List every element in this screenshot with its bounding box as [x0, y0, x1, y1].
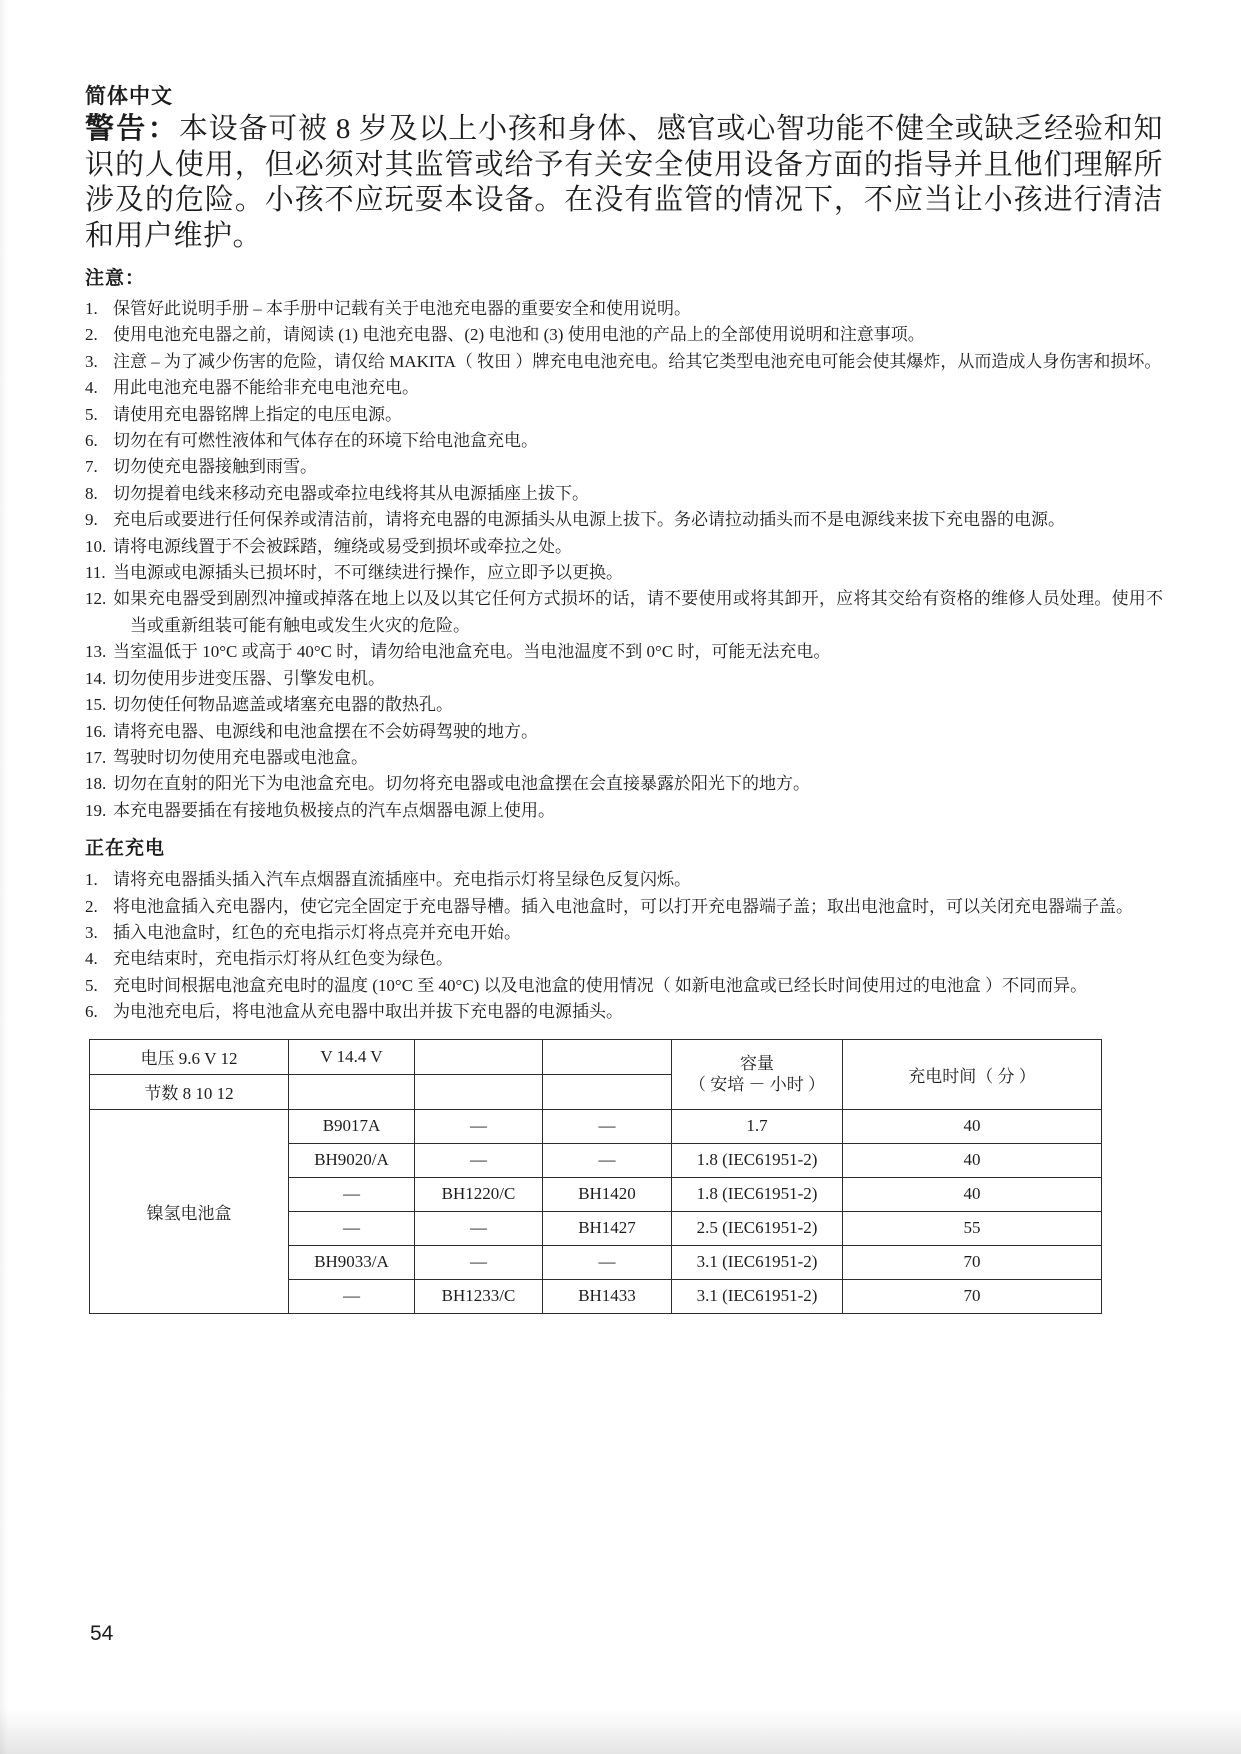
note-item: 19.本充电器要插在有接地负极接点的汽车点烟器电源上使用。	[85, 798, 1163, 824]
capacity-cell: 1.7	[672, 1109, 843, 1143]
capacity-header-line2: （ 安培 － 小时 ）	[672, 1074, 842, 1095]
list-item-text: 切勿使充电器接触到雨雪。	[113, 457, 317, 476]
list-item-text: 驾驶时切勿使用充电器或电池盒。	[113, 748, 368, 767]
note-item: 18.切勿在直射的阳光下为电池盒充电。切勿将充电器或电池盒摆在会直接暴露於阳光下…	[85, 771, 1163, 797]
page-edge-shading-left	[0, 0, 8, 1754]
list-item-number: 4.	[85, 946, 113, 972]
list-item-text: 充电时间根据电池盒充电时的温度 (10°C 至 40°C) 以及电池盒的使用情况…	[113, 976, 1087, 995]
capacity-header-line1: 容量	[672, 1053, 842, 1074]
charge-time-header-cell: 充电时间（ 分 ）	[843, 1039, 1102, 1109]
note-item: 9.充电后或要进行任何保养或清洁前，请将充电器的电源插头从电源上拔下。务必请拉动…	[85, 507, 1163, 533]
warning-paragraph: 警告：本设备可被 8 岁及以上小孩和身体、感官或心智功能不健全或缺乏经验和知识的…	[85, 112, 1163, 254]
list-item-number: 5.	[85, 402, 113, 428]
list-item-text: 切勿使用步进变压器、引擎发电机。	[113, 669, 385, 688]
list-item-number: 13.	[85, 639, 113, 665]
model-cell: BH1233/C	[415, 1279, 543, 1313]
note-item: 2.使用电池充电器之前，请阅读 (1) 电池充电器、(2) 电池和 (3) 使用…	[85, 322, 1163, 348]
list-item-text: 切勿使任何物品遮盖或堵塞充电器的散热孔。	[113, 695, 453, 714]
note-item: 15.切勿使任何物品遮盖或堵塞充电器的散热孔。	[85, 692, 1163, 718]
language-header: 简体中文	[85, 84, 1163, 110]
list-item-text: 插入电池盒时，红色的充电指示灯将点亮并充电开始。	[113, 923, 521, 942]
list-item-text: 注意 – 为了减少伤害的危险，请仅给 MAKITA（ 牧田 ）牌充电电池充电。给…	[113, 352, 1161, 371]
list-item-text: 充电结束时，充电指示灯将从红色变为绿色。	[113, 949, 453, 968]
charge-time-cell: 40	[843, 1109, 1102, 1143]
list-item-text: 将电池盒插入充电器内，使它完全固定于充电器导槽。插入电池盒时，可以打开充电器端子…	[113, 897, 1133, 916]
empty-header-cell	[543, 1074, 672, 1109]
model-cell: —	[415, 1143, 543, 1177]
voltage-header-cell: 电压 9.6 V 12	[90, 1039, 289, 1074]
note-item: 6.切勿在有可燃性液体和气体存在的环境下给电池盒充电。	[85, 428, 1163, 454]
charging-list: 1.请将充电器插头插入汽车点烟器直流插座中。充电指示灯将呈绿色反复闪烁。2.将电…	[85, 867, 1163, 1025]
model-cell: —	[415, 1245, 543, 1279]
list-item-number: 6.	[85, 999, 113, 1025]
list-item-number: 10.	[85, 534, 113, 560]
model-cell: —	[289, 1279, 415, 1313]
note-item: 14.切勿使用步进变压器、引擎发电机。	[85, 666, 1163, 692]
list-item-number: 16.	[85, 719, 113, 745]
list-item-number: 5.	[85, 973, 113, 999]
list-item-text: 切勿在有可燃性液体和气体存在的环境下给电池盒充电。	[113, 431, 538, 450]
list-item-text: 充电后或要进行任何保养或清洁前，请将充电器的电源插头从电源上拔下。务必请拉动插头…	[113, 510, 1065, 529]
charge-time-cell: 55	[843, 1211, 1102, 1245]
list-item-number: 9.	[85, 507, 113, 533]
model-cell: B9017A	[289, 1109, 415, 1143]
note-item: 16.请将充电器、电源线和电池盒摆在不会妨碍驾驶的地方。	[85, 719, 1163, 745]
list-item-text: 切勿提着电线来移动充电器或牵拉电线将其从电源插座上拔下。	[113, 484, 589, 503]
page-edge-shading-bottom	[0, 1708, 1241, 1754]
list-item-text: 请将充电器插头插入汽车点烟器直流插座中。充电指示灯将呈绿色反复闪烁。	[113, 870, 691, 889]
charging-item: 5.充电时间根据电池盒充电时的温度 (10°C 至 40°C) 以及电池盒的使用…	[85, 973, 1163, 999]
charging-item: 4.充电结束时，充电指示灯将从红色变为绿色。	[85, 946, 1163, 972]
capacity-cell: 3.1 (IEC61951-2)	[672, 1279, 843, 1313]
note-item: 17.驾驶时切勿使用充电器或电池盒。	[85, 745, 1163, 771]
charging-item: 6.为电池充电后，将电池盒从充电器中取出并拔下充电器的电源插头。	[85, 999, 1163, 1025]
list-item-number: 6.	[85, 428, 113, 454]
page-number: 54	[90, 1622, 113, 1646]
list-item-text: 切勿在直射的阳光下为电池盒充电。切勿将充电器或电池盒摆在会直接暴露於阳光下的地方…	[113, 774, 810, 793]
empty-header-cell	[415, 1039, 543, 1074]
model-cell: —	[543, 1143, 672, 1177]
list-item-text: 用此电池充电器不能给非充电电池充电。	[113, 378, 419, 397]
charge-time-cell: 40	[843, 1143, 1102, 1177]
list-item-text: 请使用充电器铭牌上指定的电压电源。	[113, 405, 402, 424]
capacity-cell: 2.5 (IEC61951-2)	[672, 1211, 843, 1245]
manual-page: 简体中文 警告：本设备可被 8 岁及以上小孩和身体、感官或心智功能不健全或缺乏经…	[0, 0, 1241, 1754]
list-item-number: 18.	[85, 771, 113, 797]
model-cell: —	[289, 1211, 415, 1245]
cells-header-cell: 节数 8 10 12	[90, 1074, 289, 1109]
list-item-number: 2.	[85, 322, 113, 348]
capacity-cell: 1.8 (IEC61951-2)	[672, 1177, 843, 1211]
empty-header-cell	[289, 1074, 415, 1109]
note-item: 12.如果充电器受到剧烈冲撞或掉落在地上以及以其它任何方式损坏的话，请不要使用或…	[85, 586, 1163, 639]
voltage-overflow-cell: V 14.4 V	[289, 1039, 415, 1074]
model-cell: —	[415, 1109, 543, 1143]
list-item-number: 2.	[85, 894, 113, 920]
list-item-text: 如果充电器受到剧烈冲撞或掉落在地上以及以其它任何方式损坏的话，请不要使用或将其卸…	[113, 589, 1163, 634]
list-item-number: 7.	[85, 454, 113, 480]
list-item-number: 4.	[85, 375, 113, 401]
list-item-text: 请将电源线置于不会被踩踏，缠绕或易受到损坏或牵拉之处。	[113, 537, 572, 556]
table-row: 镍氢电池盒B9017A——1.740	[90, 1109, 1102, 1143]
warning-label: 警告：	[85, 113, 179, 145]
note-item: 5.请使用充电器铭牌上指定的电压电源。	[85, 402, 1163, 428]
list-item-number: 11.	[85, 560, 113, 586]
model-cell: BH9020/A	[289, 1143, 415, 1177]
list-item-number: 19.	[85, 798, 113, 824]
list-item-text: 请将充电器、电源线和电池盒摆在不会妨碍驾驶的地方。	[113, 722, 538, 741]
note-item: 11.当电源或电源插头已损坏时，不可继续进行操作，应立即予以更换。	[85, 560, 1163, 586]
list-item-number: 3.	[85, 920, 113, 946]
empty-header-cell	[543, 1039, 672, 1074]
list-item-number: 1.	[85, 867, 113, 893]
warning-text: 本设备可被 8 岁及以上小孩和身体、感官或心智功能不健全或缺乏经验和知识的人使用…	[85, 113, 1163, 252]
list-item-number: 3.	[85, 349, 113, 375]
list-item-text: 保管好此说明手册 – 本手册中记载有关于电池充电器的重要安全和使用说明。	[113, 299, 691, 318]
note-item: 1.保管好此说明手册 – 本手册中记载有关于电池充电器的重要安全和使用说明。	[85, 296, 1163, 322]
capacity-header-cell: 容量 （ 安培 － 小时 ）	[672, 1039, 843, 1109]
list-item-number: 15.	[85, 692, 113, 718]
list-item-number: 17.	[85, 745, 113, 771]
list-item-number: 14.	[85, 666, 113, 692]
capacity-cell: 3.1 (IEC61951-2)	[672, 1245, 843, 1279]
list-item-text: 本充电器要插在有接地负极接点的汽车点烟器电源上使用。	[113, 801, 555, 820]
model-cell: BH1220/C	[415, 1177, 543, 1211]
empty-header-cell	[415, 1074, 543, 1109]
capacity-cell: 1.8 (IEC61951-2)	[672, 1143, 843, 1177]
battery-type-cell: 镍氢电池盒	[90, 1109, 289, 1313]
note-item: 8.切勿提着电线来移动充电器或牵拉电线将其从电源插座上拔下。	[85, 481, 1163, 507]
model-cell: BH1433	[543, 1279, 672, 1313]
charging-item: 2.将电池盒插入充电器内，使它完全固定于充电器导槽。插入电池盒时，可以打开充电器…	[85, 894, 1163, 920]
charging-heading: 正在充电	[85, 837, 1163, 861]
model-cell: —	[289, 1177, 415, 1211]
charge-time-cell: 70	[843, 1279, 1102, 1313]
model-cell: —	[543, 1245, 672, 1279]
note-item: 4.用此电池充电器不能给非充电电池充电。	[85, 375, 1163, 401]
note-item: 10.请将电源线置于不会被踩踏，缠绕或易受到损坏或牵拉之处。	[85, 534, 1163, 560]
list-item-text: 为电池充电后，将电池盒从充电器中取出并拔下充电器的电源插头。	[113, 1002, 623, 1021]
list-item-number: 8.	[85, 481, 113, 507]
list-item-number: 12.	[85, 586, 113, 612]
notes-list: 1.保管好此说明手册 – 本手册中记载有关于电池充电器的重要安全和使用说明。2.…	[85, 296, 1163, 824]
page-content: 简体中文 警告：本设备可被 8 岁及以上小孩和身体、感官或心智功能不健全或缺乏经…	[85, 84, 1163, 1314]
table-header-row-voltage: 电压 9.6 V 12 V 14.4 V 容量 （ 安培 － 小时 ） 充电时间…	[90, 1039, 1102, 1074]
note-item: 3.注意 – 为了减少伤害的危险，请仅给 MAKITA（ 牧田 ）牌充电电池充电…	[85, 349, 1163, 375]
charge-time-cell: 70	[843, 1245, 1102, 1279]
note-item: 13.当室温低于 10°C 或高于 40°C 时，请勿给电池盒充电。当电池温度不…	[85, 639, 1163, 665]
list-item-text: 当电源或电源插头已损坏时，不可继续进行操作，应立即予以更换。	[113, 563, 623, 582]
model-cell: —	[543, 1109, 672, 1143]
notes-heading: 注意：	[85, 267, 1163, 291]
list-item-number: 1.	[85, 296, 113, 322]
note-item: 7.切勿使充电器接触到雨雪。	[85, 454, 1163, 480]
battery-charge-table: 电压 9.6 V 12 V 14.4 V 容量 （ 安培 － 小时 ） 充电时间…	[89, 1039, 1102, 1314]
list-item-text: 当室温低于 10°C 或高于 40°C 时，请勿给电池盒充电。当电池温度不到 0…	[113, 642, 830, 661]
charging-item: 3.插入电池盒时，红色的充电指示灯将点亮并充电开始。	[85, 920, 1163, 946]
model-cell: BH1427	[543, 1211, 672, 1245]
charge-time-cell: 40	[843, 1177, 1102, 1211]
list-item-text: 使用电池充电器之前，请阅读 (1) 电池充电器、(2) 电池和 (3) 使用电池…	[113, 325, 925, 344]
charging-item: 1.请将充电器插头插入汽车点烟器直流插座中。充电指示灯将呈绿色反复闪烁。	[85, 867, 1163, 893]
model-cell: —	[415, 1211, 543, 1245]
model-cell: BH9033/A	[289, 1245, 415, 1279]
model-cell: BH1420	[543, 1177, 672, 1211]
